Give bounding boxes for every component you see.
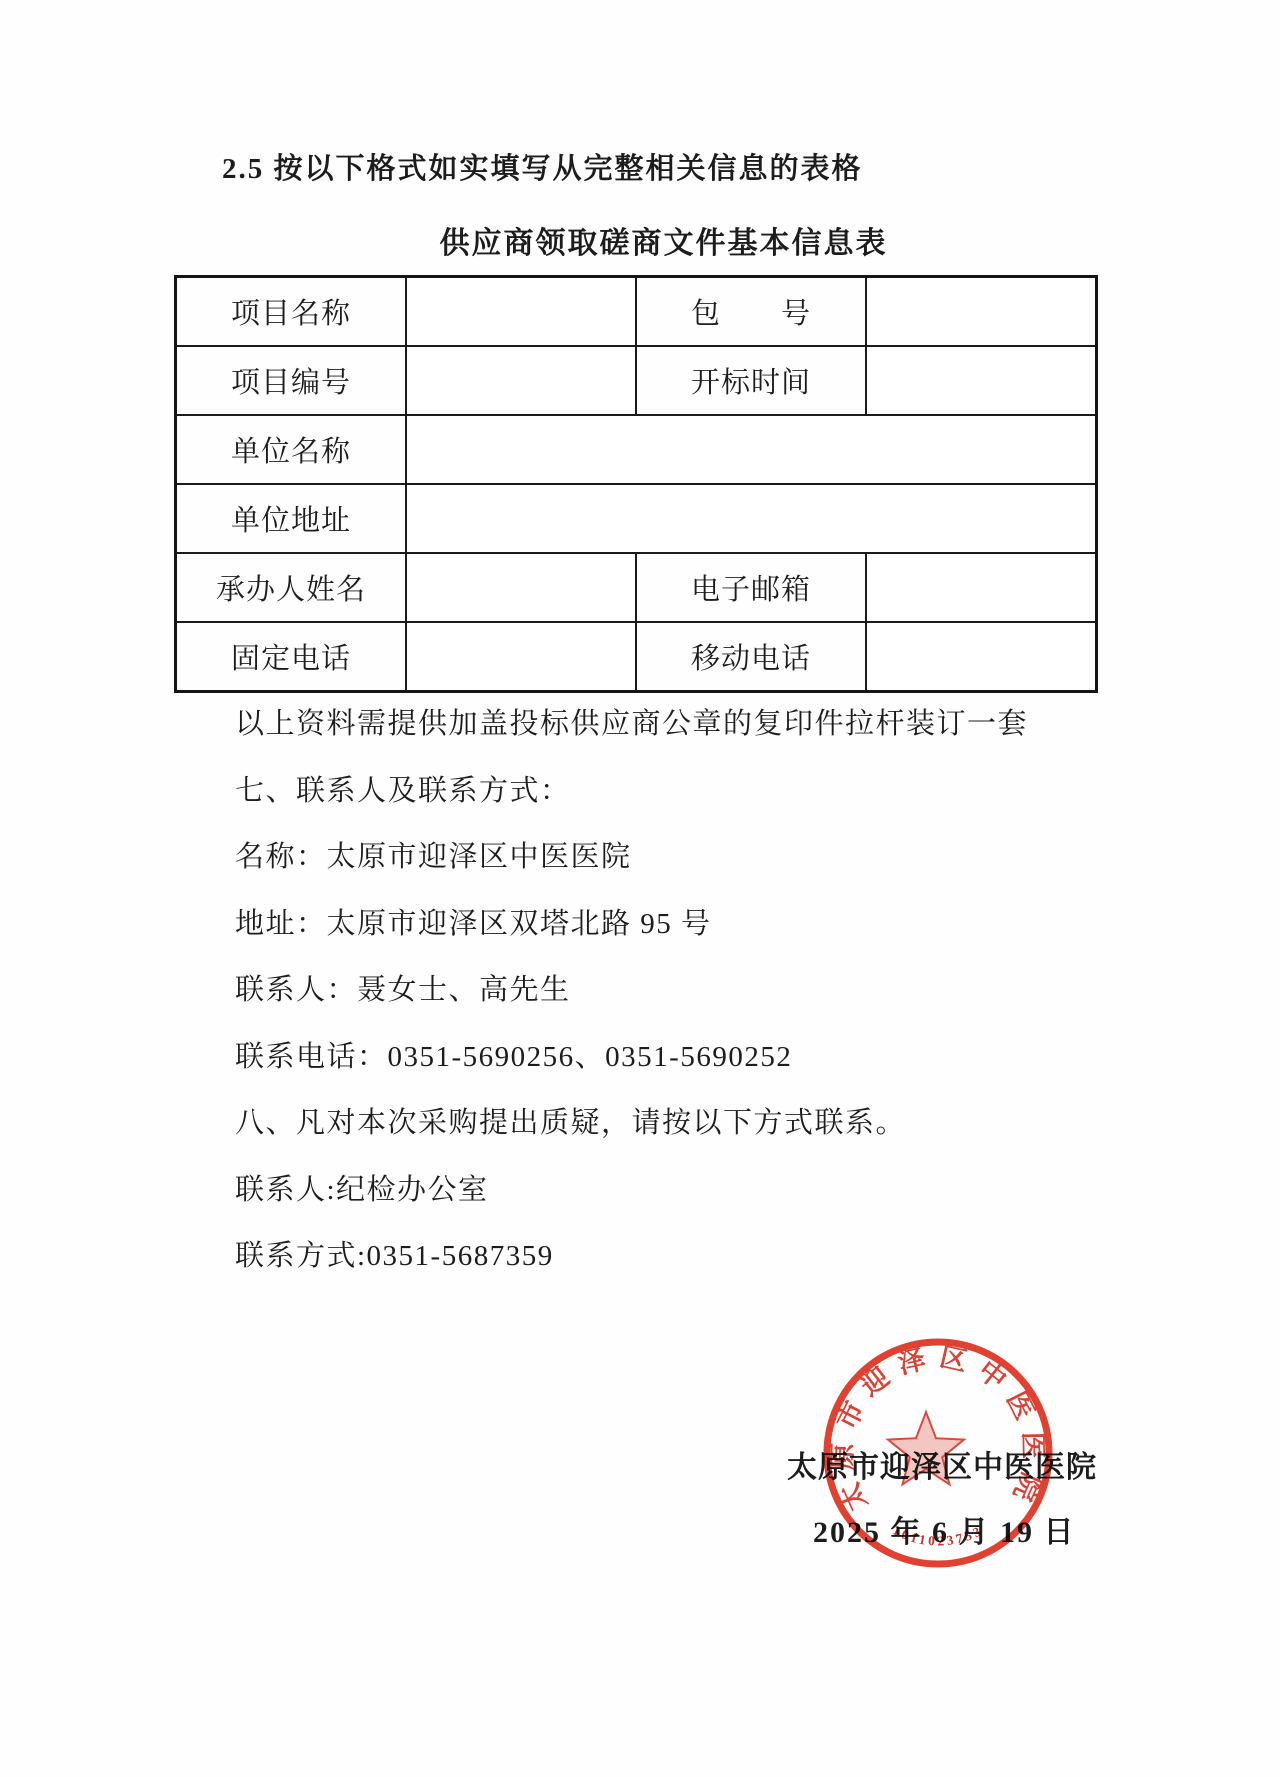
value-handler-name <box>406 553 636 622</box>
contact-persons: 联系人：聂女士、高先生 <box>235 957 1155 1024</box>
value-bid-opening-time <box>866 346 1097 415</box>
official-seal-stamp: 太原市迎泽区中医医院 1011023753 <box>818 1334 1058 1574</box>
label-bid-opening-time: 开标时间 <box>636 346 866 415</box>
value-company-name <box>406 415 1097 484</box>
label-company-address: 单位地址 <box>176 484 406 553</box>
seal-serial-number: 1011023753 <box>890 1523 986 1549</box>
contact-phones: 联系电话：0351-5690256、0351-5690252 <box>235 1024 1155 1091</box>
table-title: 供应商领取磋商文件基本信息表 <box>174 218 1098 262</box>
seal-star-icon <box>888 1412 964 1484</box>
value-email <box>866 553 1097 622</box>
value-landline <box>406 622 636 692</box>
value-project-name <box>406 277 636 347</box>
table-row: 单位名称 <box>176 415 1097 484</box>
document-page: 2.5 按以下格式如实填写从完整相关信息的表格 供应商领取磋商文件基本信息表 项… <box>0 0 1280 1777</box>
label-handler-name: 承办人姓名 <box>176 553 406 622</box>
label-project-name: 项目名称 <box>176 277 406 347</box>
table-row: 项目名称 包 号 <box>176 277 1097 347</box>
complaint-contact-phone: 联系方式:0351-5687359 <box>235 1223 1155 1290</box>
label-project-id: 项目编号 <box>176 346 406 415</box>
body-paragraphs: 以上资料需提供加盖投标供应商公章的复印件拉杆装订一套 七、联系人及联系方式： 名… <box>235 691 1155 1290</box>
section-seven-heading: 七、联系人及联系方式： <box>235 758 1155 825</box>
value-company-address <box>406 484 1097 553</box>
supplier-info-table: 项目名称 包 号 项目编号 开标时间 单位名称 单位地址 承办人姓名 电子邮箱 … <box>174 275 1098 693</box>
contact-org-name: 名称：太原市迎泽区中医医院 <box>235 824 1155 891</box>
table-row: 项目编号 开标时间 <box>176 346 1097 415</box>
value-mobile <box>866 622 1097 692</box>
label-package-number: 包 号 <box>636 277 866 347</box>
label-mobile: 移动电话 <box>636 622 866 692</box>
seal-arc-text: 太原市迎泽区中医医院 <box>828 1342 1049 1516</box>
table-row: 单位地址 <box>176 484 1097 553</box>
section-eight-heading: 八、凡对本次采购提出质疑，请按以下方式联系。 <box>235 1090 1155 1157</box>
value-project-id <box>406 346 636 415</box>
table-row: 固定电话 移动电话 <box>176 622 1097 692</box>
label-landline: 固定电话 <box>176 622 406 692</box>
table-row: 承办人姓名 电子邮箱 <box>176 553 1097 622</box>
label-email: 电子邮箱 <box>636 553 866 622</box>
section-heading: 2.5 按以下格式如实填写从完整相关信息的表格 <box>222 152 863 187</box>
note-binding-requirement: 以上资料需提供加盖投标供应商公章的复印件拉杆装订一套 <box>235 691 1155 758</box>
contact-address: 地址：太原市迎泽区双塔北路 95 号 <box>235 891 1155 958</box>
value-package-number <box>866 277 1097 347</box>
label-company-name: 单位名称 <box>176 415 406 484</box>
complaint-contact-person: 联系人:纪检办公室 <box>235 1157 1155 1224</box>
